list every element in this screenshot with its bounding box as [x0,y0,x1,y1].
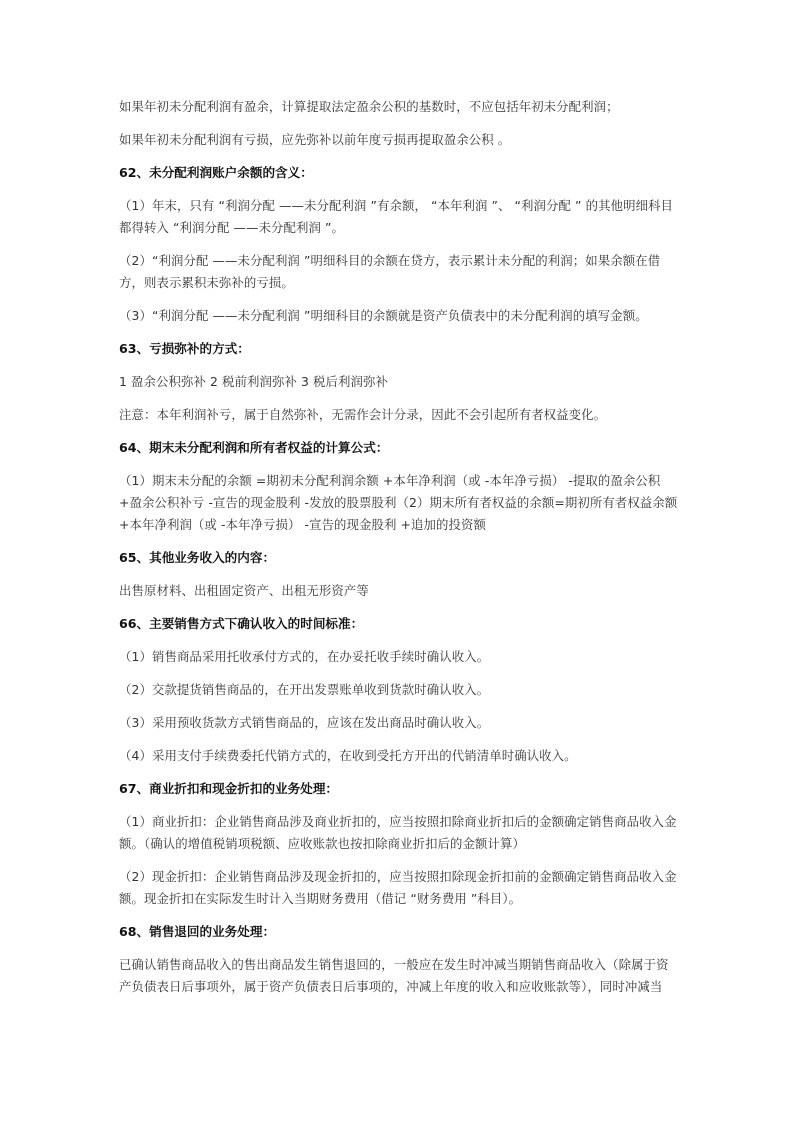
paragraph: 注意：本年利润补亏，属于自然弥补，无需作会计分录，因此不会引起所有者权益变化。 [119,404,679,426]
paragraph: 已确认销售商品收入的售出商品发生销售退回的，一般应在发生时冲减当期销售商品收入（… [119,954,679,998]
section-heading-66: 66、主要销售方式下确认收入的时间标准： [119,613,679,635]
section-heading-65: 65、其他业务收入的内容： [119,547,679,569]
paragraph: （3）采用预收货款方式销售商品的，应该在发出商品时确认收入。 [119,712,679,734]
section-heading-62: 62、未分配利润账户余额的含义： [119,162,679,184]
paragraph: 出售原材料、出租固定资产、出租无形资产等 [119,580,679,602]
paragraph: （1）销售商品采用托收承付方式的，在办妥托收手续时确认收入。 [119,646,679,668]
section-heading-64: 64、期末未分配利润和所有者权益的计算公式： [119,437,679,459]
paragraph: 如果年初未分配利润有亏损，应先弥补以前年度亏损再提取盈余公积 。 [119,129,679,151]
document-page: 如果年初未分配利润有盈余，计算提取法定盈余公积的基数时，不应包括年初未分配利润；… [119,96,679,1009]
paragraph: （2）现金折扣：企业销售商品涉及现金折扣的，应当按照扣除现金折扣前的金额确定销售… [119,866,679,910]
paragraph: （1）期末未分配的余额 =期初未分配利润余额 +本年净利润（或 -本年净亏损） … [119,470,679,536]
section-heading-67: 67、商业折扣和现金折扣的业务处理： [119,778,679,800]
paragraph: （1）商业折扣：企业销售商品涉及商业折扣的，应当按照扣除商业折扣后的金额确定销售… [119,811,679,855]
paragraph: 如果年初未分配利润有盈余，计算提取法定盈余公积的基数时，不应包括年初未分配利润； [119,96,679,118]
section-heading-63: 63、亏损弥补的方式： [119,338,679,360]
paragraph: （3）“利润分配 ——未分配利润 ”明细科目的余额就是资产负债表中的未分配利润的… [119,305,679,327]
paragraph: （2）“利润分配 ——未分配利润 ”明细科目的余额在贷方，表示累计未分配的利润；… [119,250,679,294]
paragraph: （1）年末，只有 “利润分配 ——未分配利润 ”有余额， “本年利润 ”、 “利… [119,195,679,239]
paragraph: 1 盈余公积弥补 2 税前利润弥补 3 税后利润弥补 [119,371,679,393]
paragraph: （4）采用支付手续费委托代销方式的，在收到受托方开出的代销清单时确认收入。 [119,745,679,767]
paragraph: （2）交款提货销售商品的，在开出发票账单收到货款时确认收入。 [119,679,679,701]
section-heading-68: 68、销售退回的业务处理： [119,921,679,943]
